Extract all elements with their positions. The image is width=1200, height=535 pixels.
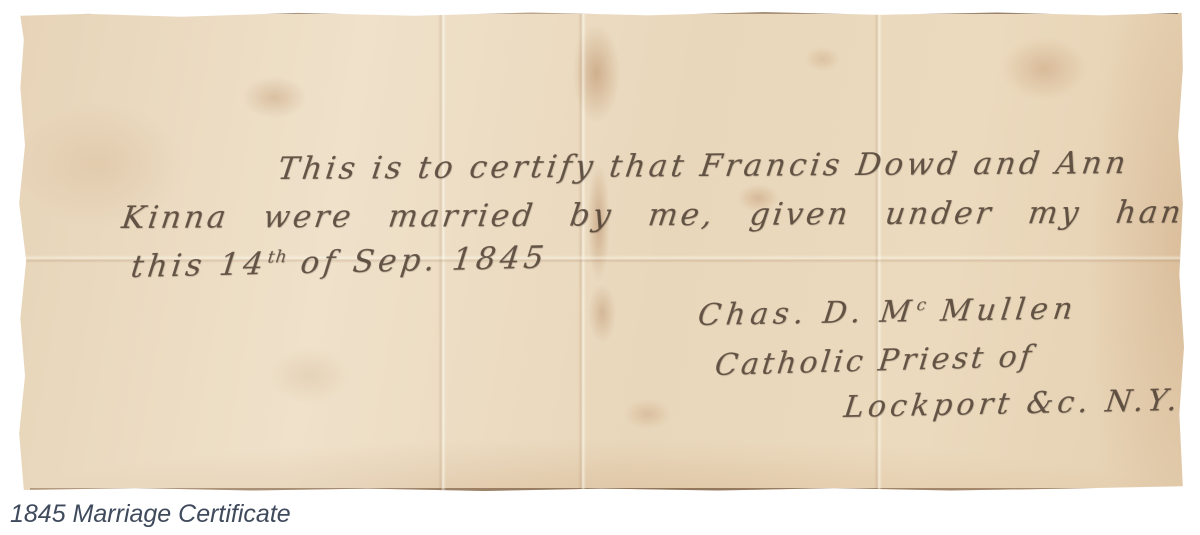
signature-name-part2: Mullen <box>924 291 1079 329</box>
handwriting-body-line-1: This is to certify that Francis Dowd and… <box>276 145 1132 187</box>
handwriting-body-line-2: Kinna were married by me, given under my… <box>120 194 1200 236</box>
fold-crease-vertical-2 <box>578 11 586 491</box>
screenshot-root: This is to certify that Francis Dowd and… <box>0 0 1200 535</box>
handwriting-body-line-3: this 14th of Sep. 1845 <box>129 240 550 285</box>
date-month-year: of Sep. 1845 <box>285 240 550 282</box>
image-caption: 1845 Marriage Certificate <box>10 500 291 529</box>
paper-top-edge-shadow <box>24 11 1178 14</box>
handwriting-signature-title: Catholic Priest of <box>713 339 1036 383</box>
certificate-photo: This is to certify that Francis Dowd and… <box>18 11 1184 491</box>
paper-bottom-edge-shadow <box>30 488 1179 491</box>
handwriting-signature-name: Chas. D. Mc Mullen <box>696 291 1080 333</box>
date-text: this 14 <box>129 246 269 285</box>
handwriting-signature-place: Lockport &c. N.Y. <box>842 383 1183 425</box>
signature-name-part1: Chas. D. M <box>696 294 918 333</box>
